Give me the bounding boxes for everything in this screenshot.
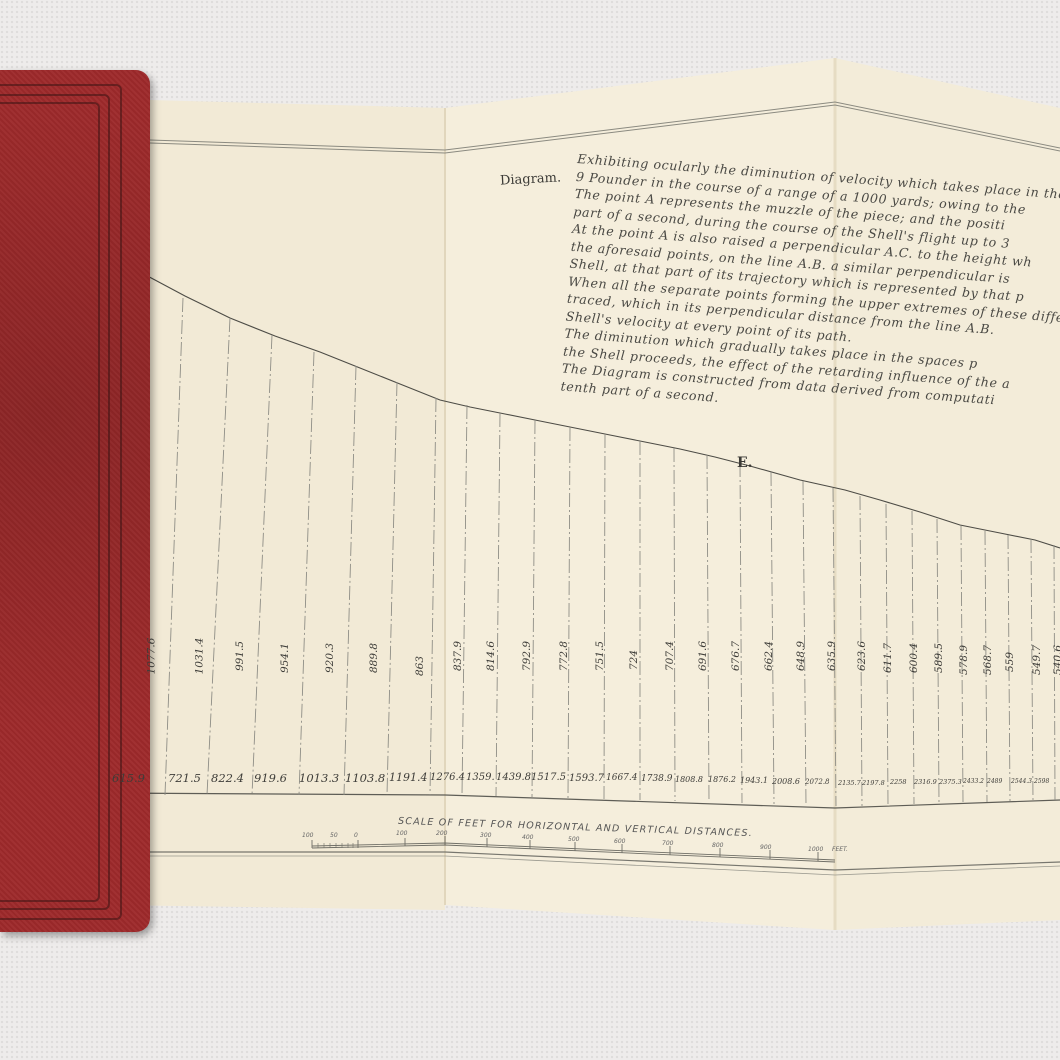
distance-label: 2375.3	[939, 778, 962, 786]
point-e-label: E.	[737, 455, 753, 471]
velocity-label: 549.7	[1031, 645, 1043, 675]
velocity-label: 578.9	[958, 645, 970, 675]
distance-label: 1943.1	[740, 776, 768, 785]
distance-label: 1876.2	[708, 775, 736, 784]
scale-tick: 400	[522, 834, 533, 841]
distance-label: 2598	[1034, 778, 1049, 785]
distance-label: 2197.8	[862, 779, 885, 787]
distance-label: 721.5	[168, 771, 201, 785]
scale-tick: 900	[760, 844, 771, 851]
scale-tick: 200	[436, 830, 447, 837]
scale-tick: 700	[662, 840, 673, 847]
distance-label: 1191.4	[389, 771, 428, 784]
distance-label: 1359.	[466, 772, 495, 783]
velocity-label: 751.5	[594, 641, 606, 671]
distance-label: 1103.8	[345, 771, 385, 785]
diagram-description: Exhibiting ocularly the diminution of ve…	[560, 150, 1060, 432]
distance-label: 1738.9	[641, 774, 673, 784]
photo-scene: Diagram. Exhibiting ocularly the diminut…	[0, 0, 1060, 1060]
velocity-label: 648.9	[795, 641, 807, 671]
velocity-label: 540.6	[1052, 645, 1060, 675]
scale-tick: 800	[712, 842, 723, 849]
foldout-sheet	[0, 0, 1060, 1060]
velocity-label: 954.1	[279, 643, 291, 673]
velocity-label: 623.6	[856, 641, 868, 671]
distance-label: 2258	[890, 778, 907, 786]
velocity-label: 863	[414, 656, 426, 676]
velocity-label: 635.9	[826, 641, 838, 671]
velocity-label: 676.7	[730, 641, 742, 671]
distance-label: 1593.7	[569, 773, 604, 784]
distance-label: 1276.4	[430, 772, 465, 783]
velocity-label: 589.5	[933, 643, 945, 673]
scale-unit: FEET.	[832, 846, 848, 853]
scale-tick: 1000	[808, 846, 823, 853]
velocity-label: 568.7	[982, 645, 994, 675]
diagram-heading: Diagram.	[500, 170, 562, 188]
scale-tick: 50	[330, 832, 338, 839]
distance-label: 615.9	[112, 771, 145, 785]
velocity-label: 707.4	[664, 641, 676, 671]
scale-tick: 100	[302, 832, 313, 839]
velocity-label: 559	[1004, 652, 1016, 672]
velocity-label: 991.5	[234, 641, 246, 671]
distance-label: 822.4	[211, 771, 244, 785]
distance-label: 1667.4	[606, 773, 638, 783]
scale-tick: 500	[568, 836, 579, 843]
velocity-label: 920.3	[324, 643, 336, 673]
distance-label: 1517.5	[531, 772, 566, 783]
velocity-label: 772.8	[558, 641, 570, 671]
velocity-label: 611.7	[882, 643, 894, 673]
scale-tick: 0	[354, 832, 358, 839]
velocity-label: 691.6	[697, 641, 709, 671]
distance-label: 1013.3	[299, 771, 339, 785]
velocity-label: 662.4	[763, 641, 775, 671]
red-book-cover	[0, 70, 150, 932]
velocity-label: 889.8	[368, 643, 380, 673]
velocity-label: 837.9	[452, 641, 464, 671]
velocity-label: 724	[628, 650, 640, 670]
distance-label: 1808.8	[675, 775, 703, 784]
distance-label: 2316.9	[914, 778, 937, 786]
distance-label: 919.6	[254, 771, 287, 785]
distance-label: 2489	[987, 778, 1002, 785]
distance-label: 2135.7	[838, 779, 861, 787]
velocity-label: 1031.4	[193, 638, 205, 675]
scale-tick: 300	[480, 832, 491, 839]
velocity-label: 814.6	[485, 641, 497, 671]
distance-label: 2008.6	[772, 777, 800, 786]
distance-label: 2072.8	[805, 778, 830, 786]
distance-label: 2433.2	[963, 778, 984, 785]
distance-label: 1439.8	[496, 772, 531, 783]
velocity-label: 792.9	[521, 641, 533, 671]
scale-tick: 100	[396, 830, 407, 837]
velocity-label: 600.4	[908, 643, 920, 673]
velocity-label: 1077.6	[145, 638, 157, 675]
scale-tick: 600	[614, 838, 625, 845]
distance-label: 2544.3	[1011, 778, 1032, 785]
